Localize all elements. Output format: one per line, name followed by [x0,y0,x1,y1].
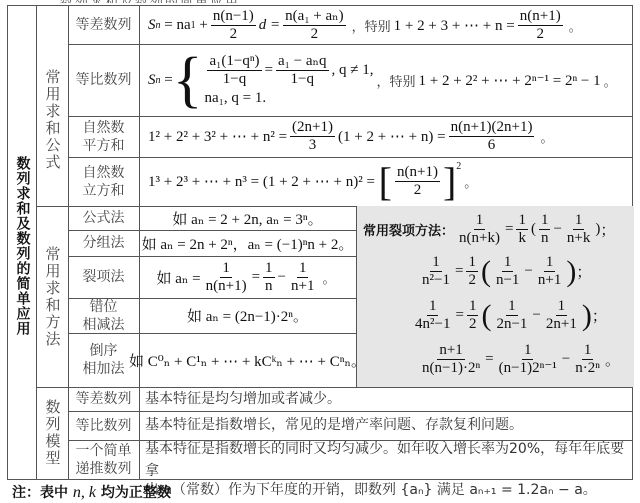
math-text: 1 [220,260,232,278]
row-label-grouping-method: 分组法 [68,230,139,256]
math-text: 1 [466,254,478,272]
fraction: 12 [466,254,478,289]
bracket-open: [ [379,162,392,202]
math-text: 2 [466,272,478,289]
math-text: 1−q [221,71,248,88]
description-arithmetic-model: 基本特征是均匀增加或者减少。 [145,388,341,410]
example-grouping-method: 如 aₙ = 2n + 2ⁿ，aₙ = (−1)ⁿn + 2。 [139,230,356,256]
label-text: 相加法 [83,360,125,378]
math-text: n²−1 [420,272,452,289]
label-text: 立方和 [83,182,125,200]
math-text: k [516,230,528,247]
label-text: 等差数列 [76,16,132,34]
label-text: 错位 [90,298,118,316]
example-splitting-method: 如 aₙ = 1n(n+1) = 1n − 1n+1 。 [139,256,356,298]
row-label-geometric-model: 等比数列 [68,411,139,440]
fraction: n(n−1)2 [211,8,256,43]
math-text: n+1 [289,278,316,295]
math-text: n [156,20,161,31]
fraction: 1n [263,260,275,295]
math-text: 2 [467,316,479,333]
math-text: n(n+1) [395,164,440,182]
formula-geometric: Sn = { a₁(1−qⁿ)1−q = a₁ − aₙq1−q , q ≠ 1… [148,44,620,116]
example-reverse-add-method: 如 C⁰ₙ + C¹ₙ + ⋯ + kCᵏₙ + ⋯ + Cⁿₙ。 [139,333,356,387]
math-text: 1 [544,254,556,272]
fraction: 1n−1 [494,254,521,289]
label-text: 等差数列 [76,390,132,408]
fraction: n(n+1)(2n+1)6 [449,119,535,154]
text: ； [576,261,591,282]
fraction: 1n·2ⁿ [573,342,602,377]
math-text: = na [164,17,190,34]
row-label-splitting-method: 裂项法 [68,256,139,298]
fraction: a₁(1−qⁿ)1−q [207,53,261,88]
math-text: a₁ − aₙq [276,53,329,71]
math-text: 1 + 2 + 2² + ⋯ + 2ⁿ⁻¹ = 2ⁿ − 1 [419,71,601,90]
fraction: 12n+1 [544,298,579,333]
math-text: S [148,17,156,34]
section-label-formulas: 常用求和公式 [36,44,68,206]
math-text: (1 + 2 + ⋯ + n) = [338,127,446,146]
case-1: a₁(1−qⁿ)1−q = a₁ − aₙq1−q , q ≠ 1, [204,53,373,88]
cases: a₁(1−qⁿ)1−q = a₁ − aₙq1−q , q ≠ 1, na₁, … [204,53,373,107]
formula-arithmetic: Sn = na1 + n(n−1)2 d = n(a₁ + aₙ)2 ，特别 1… [148,6,585,44]
formula-square-sum: 1² + 2² + 3² + ⋯ + n² = (2n+1)3 (1 + 2 +… [148,116,557,157]
math-text: 2n+1 [544,316,579,333]
math-text: n [539,230,551,247]
math-text: n(a₁ + aₙ) [283,8,345,26]
fraction: n(a₁ + aₙ)2 [283,8,345,43]
splitting-item-2: 1n²−1= 12( 1n−1− 1n+1) ； [417,254,591,289]
math-text: 2 [309,26,321,43]
fraction: 1n+k [565,212,592,247]
fraction: 1k [516,212,528,247]
summary-table: 数列求和及数列的简单应用 常用求和公式 常用求和方法 数列模型 等差数列 等比数… [7,5,633,480]
math-text: 3 [307,137,319,154]
math-text: 2 [412,182,424,199]
math-text: 1 [430,254,442,272]
fraction: 12 [467,298,479,333]
text: 。 [604,71,617,90]
math-text: 如 aₙ = [157,267,201,288]
math-text: n [156,75,161,86]
section-label-models: 数列模型 [36,387,68,479]
math-text: = [265,62,273,79]
example-shift-subtract-method: 如 aₙ = (2n−1)·2ⁿ。 [139,298,356,333]
math-text: 如 aₙ = (2n−1)·2ⁿ。 [187,305,308,326]
row-label-square-sum: 自然数 平方和 [68,116,139,157]
text: ，特别 [352,16,391,35]
math-text: − [278,269,286,286]
main-category-label: 数列求和及数列的简单应用 [8,126,36,366]
fraction: n+1n(n−1)·2ⁿ [420,342,482,377]
math-text: 1 [582,342,594,360]
splitting-methods-panel: 常用裂项方法： 1n(n+k)= 1k( 1n− 1n+k) ； 1n²−1= … [356,206,634,387]
math-text: n+1 [536,272,563,289]
math-text: n·2ⁿ [573,360,602,377]
row-label-arithmetic: 等差数列 [68,6,139,44]
description-line: 出 a（常数）作为下年度的开销，即数列 {aₙ} 满足 aₙ₊₁ = 1.2aₙ… [145,479,632,501]
math-text: 1 [467,298,479,316]
label-text: 自然数 [83,164,125,182]
example-formula-method: 如 aₙ = 2 + 2n, aₙ = 3ⁿ。 [139,206,356,230]
text: 。 [464,172,477,191]
label-text: 倒序 [90,342,118,360]
section-formulas-text: 常用求和公式 [43,69,62,171]
fraction: 1(n−1)2ⁿ⁻¹ [497,342,559,377]
description-line: 基本特征是指数增长的同时又均匀减少。如年收入增长率为20%，每年年底要拿 [145,438,632,482]
label-text: 等比数列 [76,417,132,435]
splitting-item-4: n+1n(n−1)·2ⁿ= 1(n−1)2ⁿ⁻¹− 1n·2ⁿ 。 [417,342,620,377]
row-label-recursive-model: 一个简单 递推数列 [68,440,139,479]
math-text: n−1 [494,272,521,289]
fraction: 1n²−1 [420,254,452,289]
math-text: = [252,269,260,286]
math-text: n [263,278,275,295]
fraction: a₁ − aₙq1−q [276,53,329,88]
fraction: 1n+1 [536,254,563,289]
label-text: 公式法 [83,209,125,227]
math-text: S [148,72,156,89]
math-text: (n−1)2ⁿ⁻¹ [497,360,559,377]
math-text: 如 aₙ = 2n + 2ⁿ，aₙ = (−1)ⁿn + 2。 [142,233,354,254]
math-text: 1³ + 2³ + ⋯ + n³ = (1 + 2 + ⋯ + n)² = [148,172,375,191]
brace-symbol: { [173,49,203,111]
label-text: 平方和 [83,137,125,155]
text: 。 [605,349,620,370]
math-text: d = [259,17,280,34]
splitting-item-3: 14n²−1= 12( 12n−1− 12n+1) ； [410,298,607,333]
cutoff-header-text: 数列求和及数列的简单应用 [60,0,420,3]
row-line [68,411,633,412]
math-text: 1 + 2 + 3 + ⋯ + n = [394,16,515,35]
math-text: 1 [556,298,568,316]
fraction: 1n+1 [289,260,316,295]
text: 。 [322,268,335,287]
math-text: 1 [502,254,514,272]
math-text: n(n+k) [457,230,502,247]
math-text: n(n+1) [204,278,249,295]
text: 。 [569,16,582,35]
row-label-formula-method: 公式法 [68,206,139,230]
row-label-cube-sum: 自然数 立方和 [68,157,139,206]
math-text: 1 [191,20,196,31]
bracket-close: ] [443,162,456,202]
label-text: 一个简单 [76,442,132,460]
math-text: (2n+1) [290,119,335,137]
math-text: 1 [573,212,585,230]
math-text: n(n+1) [518,8,563,26]
fraction: (2n+1)3 [290,119,335,154]
math-text: 1 [516,212,528,230]
case-2: na₁, q = 1. [204,90,373,107]
math-text: 1 [427,298,439,316]
label-text: 裂项法 [83,268,125,286]
panel-title: 常用裂项方法： [363,220,454,239]
label-text: 递推数列 [76,460,132,478]
math-text: n+1 [437,342,464,360]
formula-cube-sum: 1³ + 2³ + ⋯ + n³ = (1 + 2 + ⋯ + n)² = [ … [148,157,480,206]
math-text: a₁(1−qⁿ) [207,53,261,71]
fraction: 1n(n+1) [204,260,249,295]
math-text: 1 [474,212,486,230]
math-text: 2 [534,26,546,43]
row-label-geometric: 等比数列 [68,44,139,116]
label-text: 相减法 [83,316,125,334]
math-text: 1−q [289,71,316,88]
section-models-text: 数列模型 [43,399,62,467]
math-text: + [199,17,207,34]
label-text: 自然数 [83,119,125,137]
row-label-shift-subtract-method: 错位 相减法 [68,298,139,333]
math-text: 1 [522,342,534,360]
section-label-methods: 常用求和方法 [36,206,68,387]
main-category-text: 数列求和及数列的简单应用 [12,156,33,336]
math-text: n(n−1)·2ⁿ [420,360,482,377]
math-text: , q ≠ 1, [332,62,374,79]
math-text: 1 [297,260,309,278]
fraction: 1n(n+k) [457,212,502,247]
footnote: 注：表中 n, k 均为正整数 [12,482,171,502]
row-label-arithmetic-model: 等差数列 [68,387,139,411]
math-text: 6 [486,137,498,154]
fraction: 14n²−1 [413,298,452,333]
math-text: 2 [456,161,461,172]
math-text: 1 [539,212,551,230]
math-text: n(n−1) [211,8,256,26]
math-text: n+k [565,230,592,247]
description-recursive-model: 基本特征是指数增长的同时又均匀减少。如年收入增长率为20%，每年年底要拿 出 a… [145,438,632,501]
footnote-vars: n, k [73,484,96,501]
text: ； [592,305,607,326]
math-text: 2 [228,26,240,43]
description-geometric-model: 基本特征是指数增长，常见的是增产率问题、存款复利问题。 [145,414,523,436]
text: ，特别 [377,71,416,90]
fraction: 1n [539,212,551,247]
math-text: 2n−1 [494,316,529,333]
math-text: 如 C⁰ₙ + C¹ₙ + ⋯ + kCᵏₙ + ⋯ + Cⁿₙ。 [129,350,366,371]
text: 。 [540,127,553,146]
footnote-prefix: 注：表中 [12,485,68,501]
text: ； [600,219,615,240]
math-text: 如 aₙ = 2 + 2n, aₙ = 3ⁿ。 [172,208,322,229]
fraction: n(n+1)2 [518,8,563,43]
footnote-suffix: 均为正整数 [101,485,171,501]
math-text: 4n²−1 [413,316,452,333]
splitting-item-1: 常用裂项方法： 1n(n+k)= 1k( 1n− 1n+k) ； [363,212,615,247]
section-methods-text: 常用求和方法 [43,246,62,348]
label-text: 分组法 [83,234,125,252]
fraction: n(n+1)2 [395,164,440,199]
math-text: 1 [506,298,518,316]
fraction: 12n−1 [494,298,529,333]
math-text: n(n+1)(2n+1) [449,119,535,137]
label-text: 等比数列 [76,71,132,89]
math-text: 1 [263,260,275,278]
math-text: 1² + 2² + 3² + ⋯ + n² = [148,127,287,146]
